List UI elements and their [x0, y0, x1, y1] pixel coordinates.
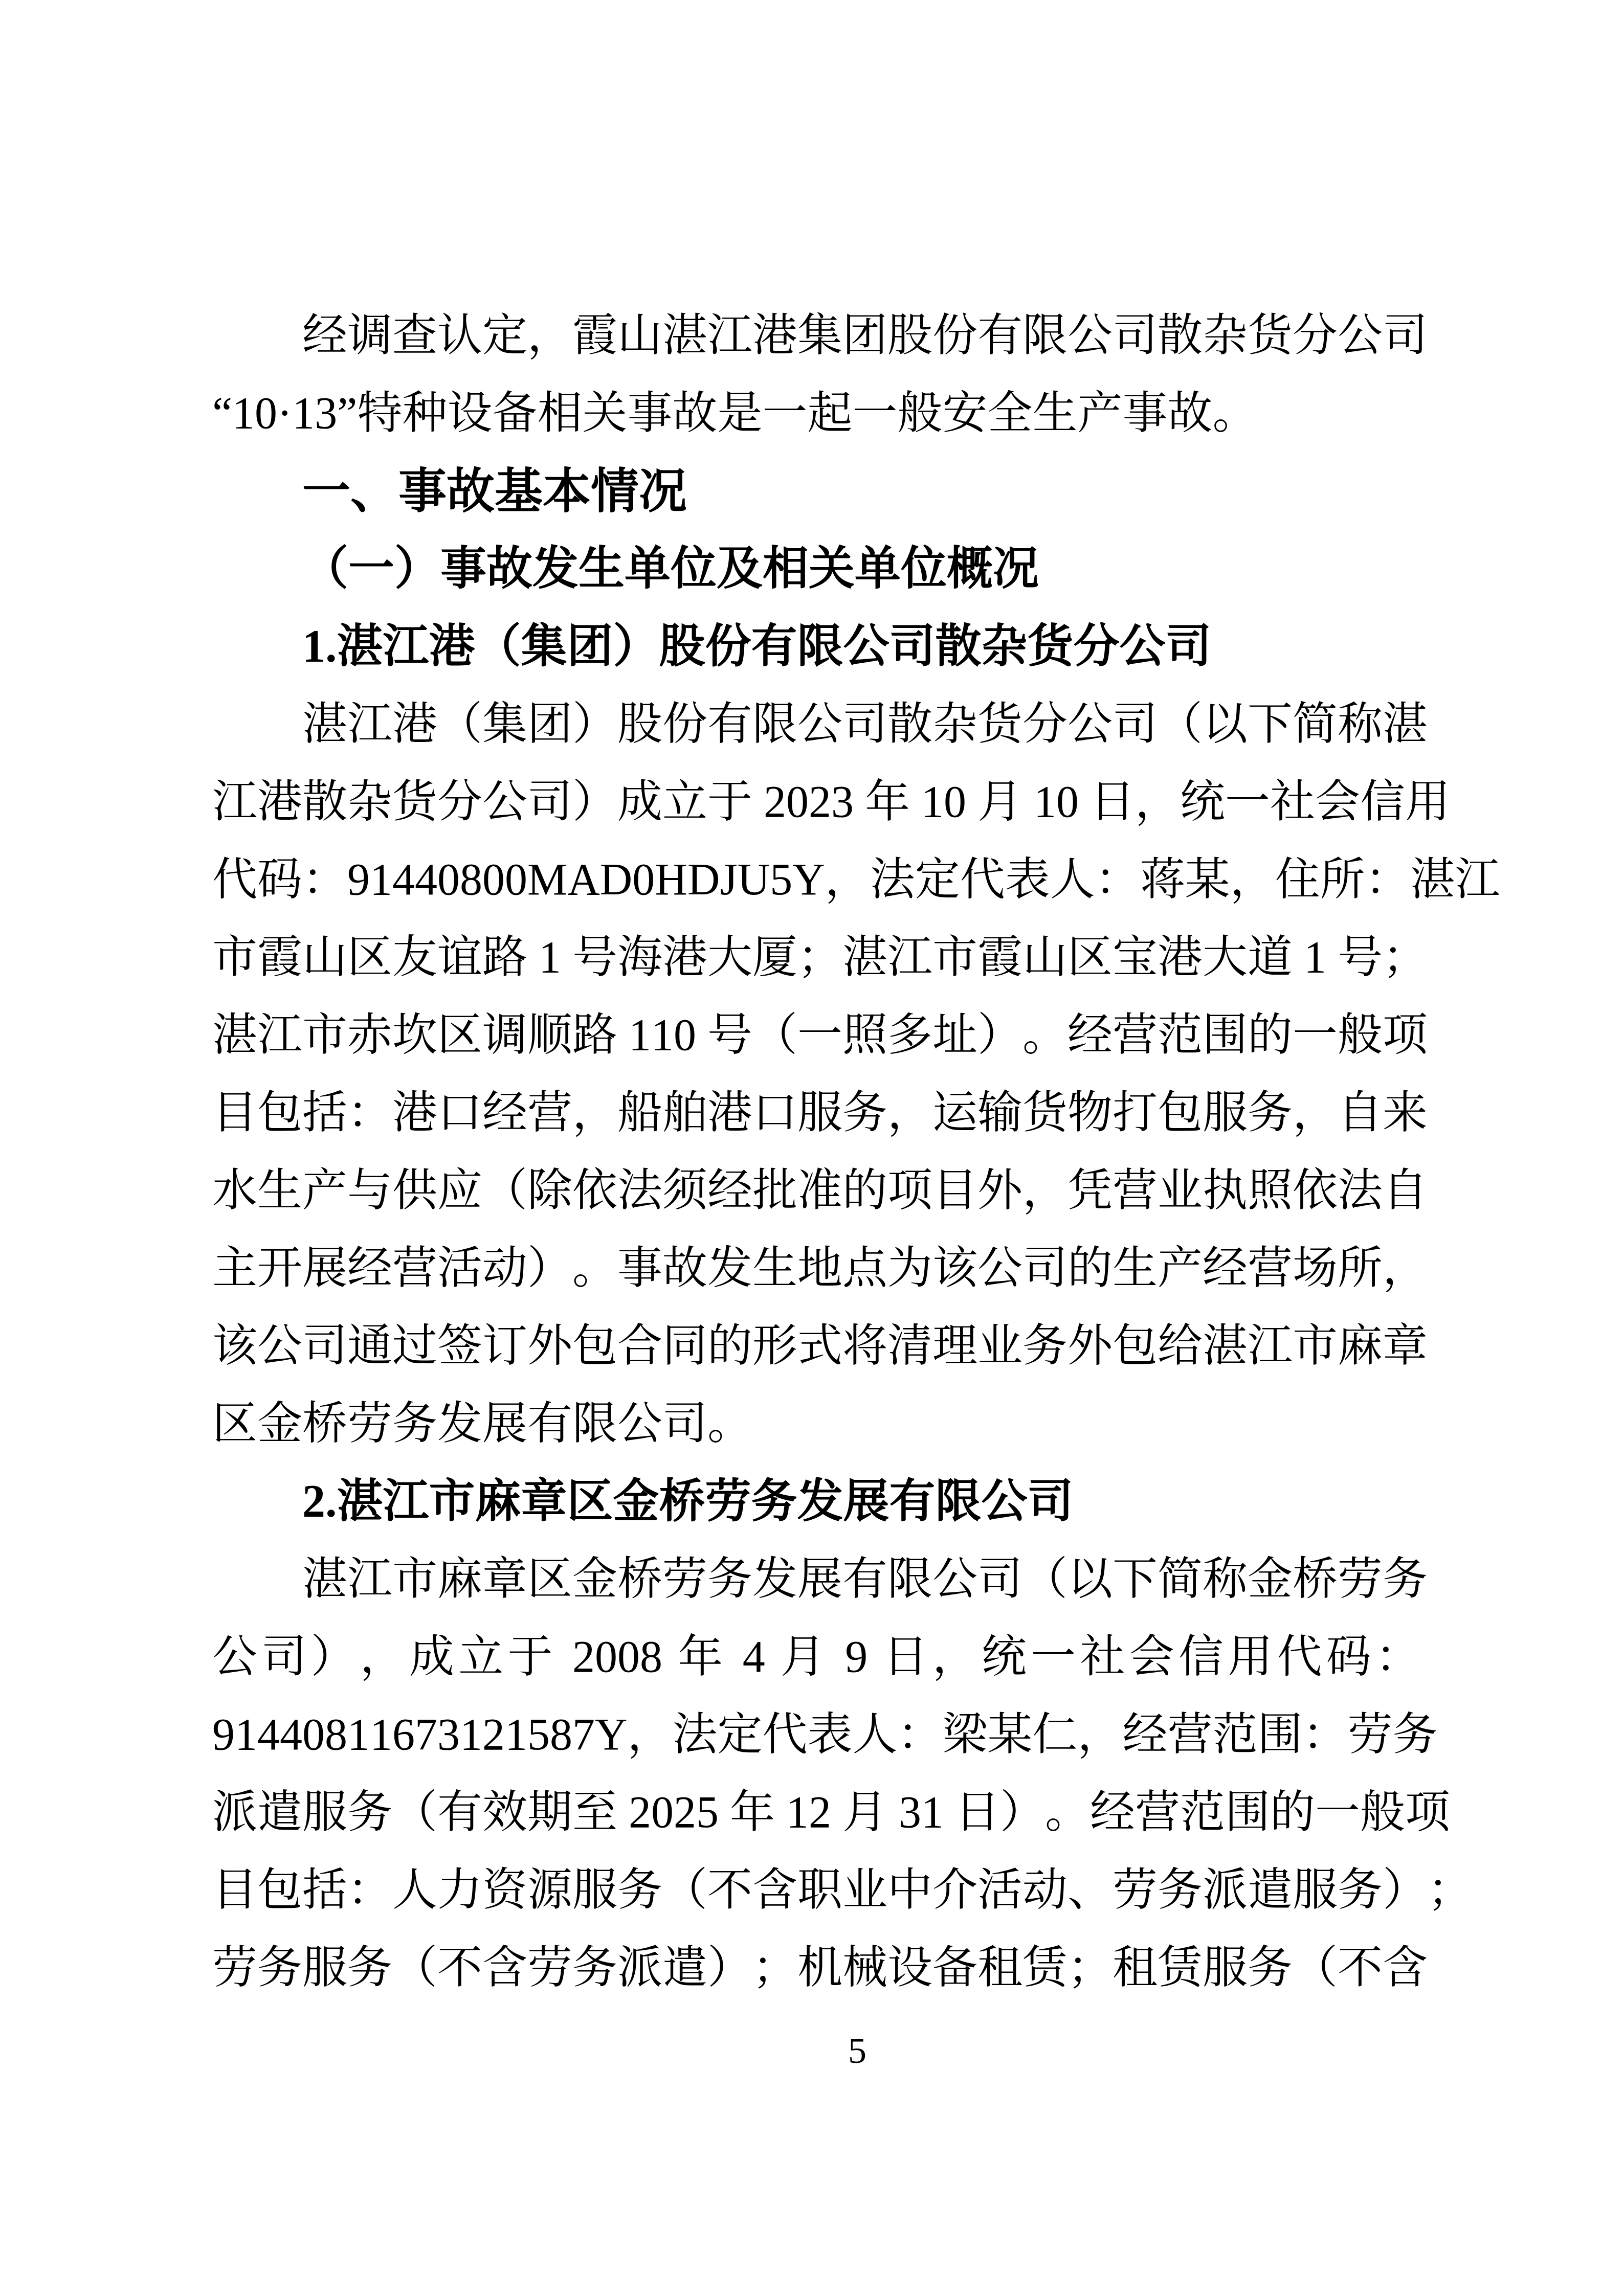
section-heading-2: （一）事故发生单位及相关单位概况 [212, 530, 1420, 608]
text-line: 市霞山区友谊路 1 号海港大厦；湛江市霞山区宝港大道 1 号； [212, 919, 1420, 997]
text-line: 公司），成立于 2008 年 4 月 9 日，统一社会信用代码： [212, 1618, 1420, 1696]
text-line: 主开展经营活动）。事故发生地点为该公司的生产经营场所， [212, 1230, 1420, 1308]
text-line: 派遣服务（有效期至 2025 年 12 月 31 日）。经营范围的一般项 [212, 1774, 1420, 1852]
text-line: 目包括：港口经营，船舶港口服务，运输货物打包服务，自来 [212, 1074, 1420, 1152]
section-heading-3: 2.湛江市麻章区金桥劳务发展有限公司 [212, 1463, 1420, 1541]
text-line: 劳务服务（不含劳务派遣）；机械设备租赁；租赁服务（不含 [212, 1929, 1420, 2007]
document-page: 经调查认定，霞山湛江港集团股份有限公司散杂货分公司 “10·13”特种设备相关事… [0, 0, 1624, 2296]
text-line: 湛江市麻章区金桥劳务发展有限公司（以下简称金桥劳务 [212, 1541, 1420, 1618]
text-line: 该公司通过签订外包合同的形式将清理业务外包给湛江市麻章 [212, 1308, 1420, 1385]
text-line: 江港散杂货分公司）成立于 2023 年 10 月 10 日，统一社会信用 [212, 763, 1420, 841]
text-line: 代码：91440800MAD0HDJU5Y，法定代表人：蒋某，住所：湛江 [212, 841, 1420, 919]
text-line: “10·13”特种设备相关事故是一起一般安全生产事故。 [212, 375, 1420, 453]
text-line: 湛江港（集团）股份有限公司散杂货分公司（以下简称湛 [212, 686, 1420, 763]
page-number: 5 [848, 2022, 866, 2079]
document-body: 经调查认定，霞山湛江港集团股份有限公司散杂货分公司 “10·13”特种设备相关事… [212, 297, 1420, 2007]
text-line: 经调查认定，霞山湛江港集团股份有限公司散杂货分公司 [212, 297, 1420, 375]
section-heading-3: 1.湛江港（集团）股份有限公司散杂货分公司 [212, 608, 1420, 686]
text-line: 目包括：人力资源服务（不含职业中介活动、劳务派遣服务）； [212, 1852, 1420, 1929]
text-line: 湛江市赤坎区调顺路 110 号（一照多址）。经营范围的一般项 [212, 997, 1420, 1074]
section-heading-1: 一、事故基本情况 [212, 453, 1420, 530]
text-line: 91440811673121587Y，法定代表人：梁某仁，经营范围：劳务 [212, 1696, 1420, 1774]
text-line: 区金桥劳务发展有限公司。 [212, 1385, 1420, 1463]
text-line: 水生产与供应（除依法须经批准的项目外，凭营业执照依法自 [212, 1152, 1420, 1230]
